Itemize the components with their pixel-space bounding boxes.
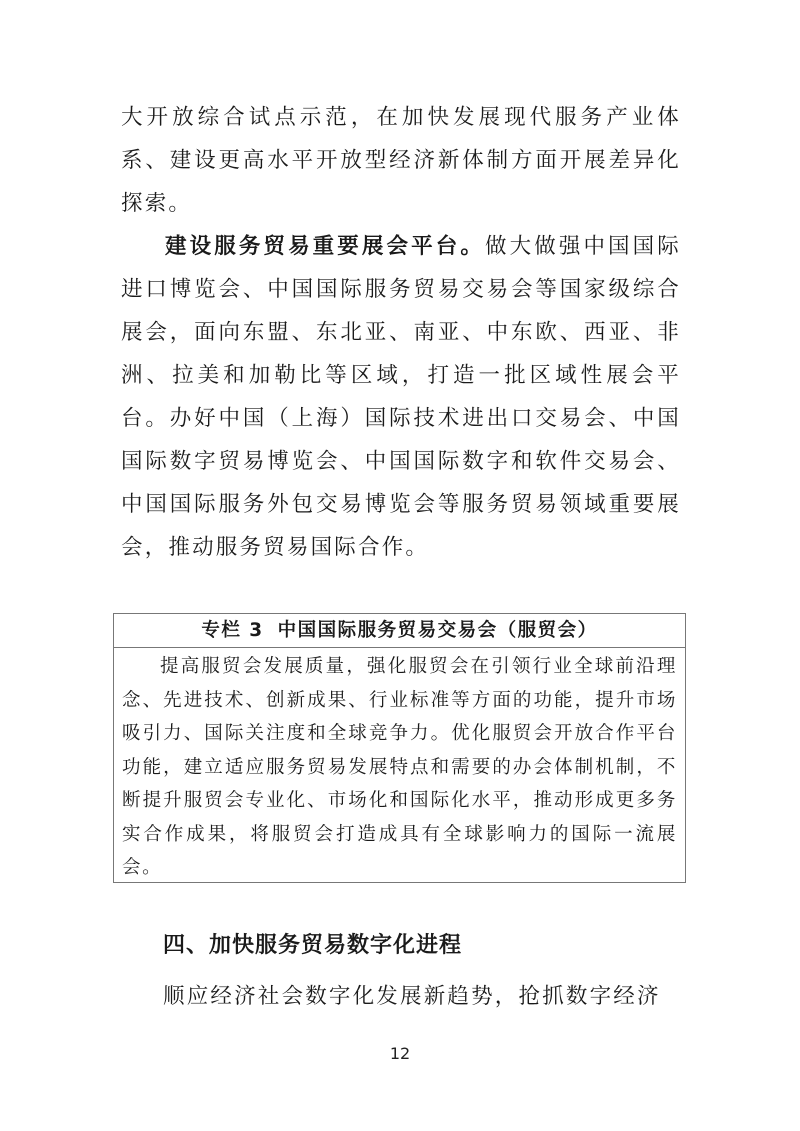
sidebar-box-title: 专栏 3中国国际服务贸易交易会（服贸会）	[114, 614, 685, 648]
sidebar-box-body: 提高服贸会发展质量，强化服贸会在引领行业全球前沿理念、先进技术、创新成果、行业标…	[114, 648, 685, 885]
section-intro-paragraph: 顺应经济社会数字化发展新趋势，抢抓数字经济	[163, 975, 683, 1018]
continuation-paragraph: 大开放综合试点示范，在加快发展现代服务产业体系、建设更高水平开放型经济新体制方面…	[121, 96, 681, 225]
document-page: 大开放综合试点示范，在加快发展现代服务产业体系、建设更高水平开放型经济新体制方面…	[0, 0, 800, 1131]
paragraph-body: 做大做强中国国际进口博览会、中国国际服务贸易交易会等国家级综合展会，面向东盟、东…	[121, 234, 681, 560]
paragraph-lead-heading: 建设服务贸易重要展会平台。	[165, 234, 485, 259]
page-number: 12	[0, 1044, 800, 1063]
section-heading: 四、加快服务贸易数字化进程	[163, 926, 462, 966]
sidebar-box-column-3: 专栏 3中国国际服务贸易交易会（服贸会） 提高服贸会发展质量，强化服贸会在引领行…	[113, 613, 686, 883]
sidebar-box-number: 专栏 3	[201, 620, 263, 641]
exhibition-platform-paragraph: 建设服务贸易重要展会平台。做大做强中国国际进口博览会、中国国际服务贸易交易会等国…	[121, 225, 681, 569]
sidebar-box-title-text: 中国国际服务贸易交易会（服贸会）	[278, 620, 598, 641]
